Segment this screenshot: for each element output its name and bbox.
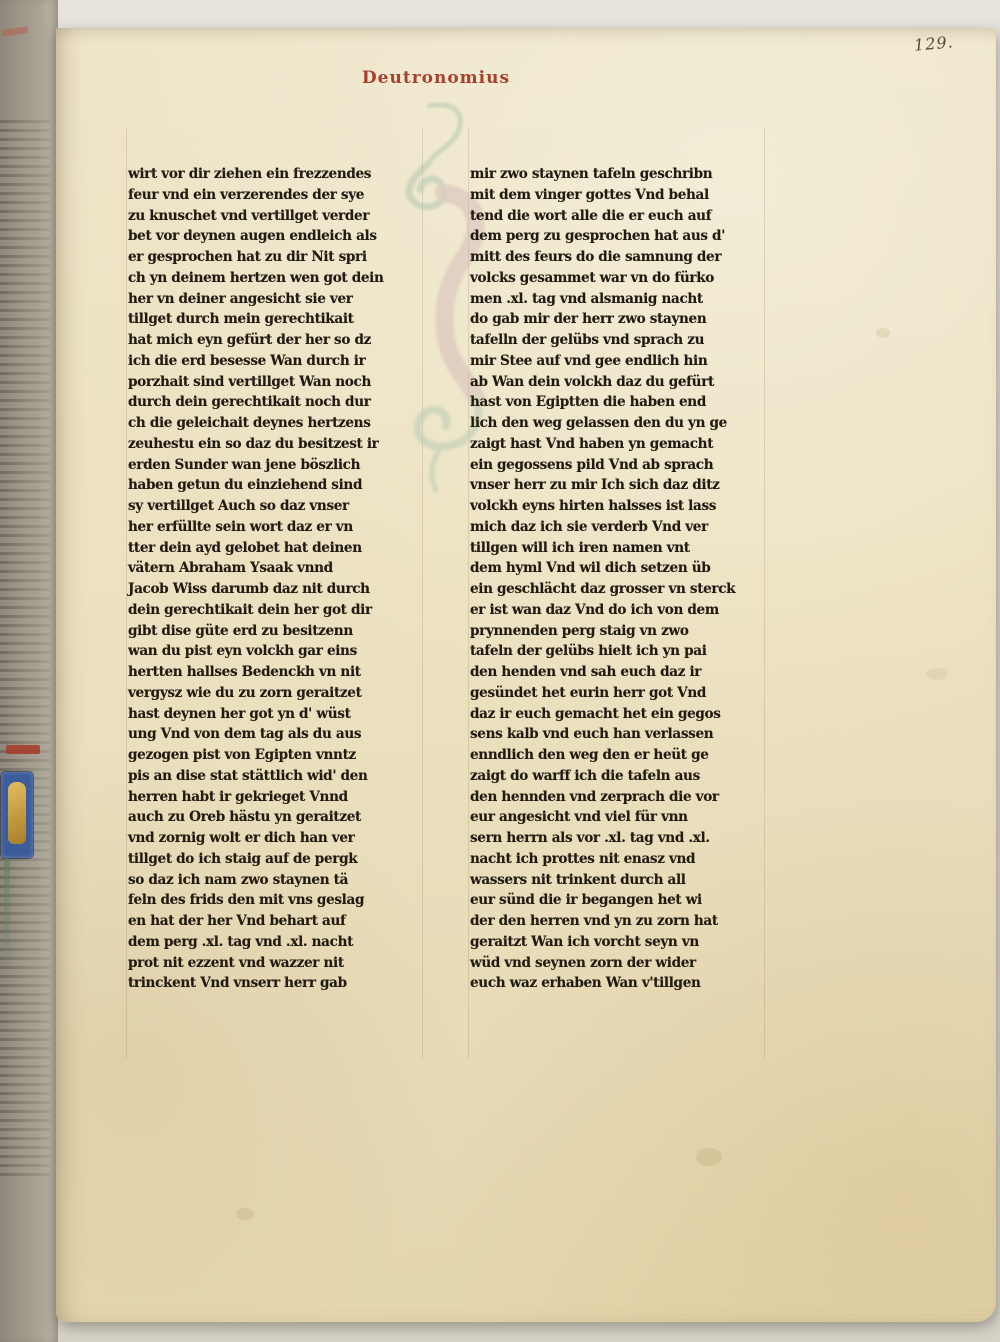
text-line: tter dein ayd gelobet hat deinen <box>128 538 430 559</box>
text-line: der den herren vnd yn zu zorn hat <box>470 911 772 932</box>
text-line: zaigt hast Vnd haben yn gemacht <box>470 434 772 455</box>
text-line: prot nit ezzent vnd wazzer nit <box>128 953 430 974</box>
column-ruling-line <box>126 128 127 1058</box>
text-line: prynnenden perg staig vn zwo <box>470 621 772 642</box>
foxing-spot <box>236 1208 254 1220</box>
running-title: Deutronomius <box>56 68 816 88</box>
text-line: daz ir euch gemacht het ein gegos <box>470 704 772 725</box>
text-line: zaigt do warff ich die tafeln aus <box>470 766 772 787</box>
facing-page-rubric-mark <box>2 26 29 37</box>
text-line: mir Stee auf vnd gee endlich hin <box>470 351 772 372</box>
facing-page-edge <box>0 0 58 1342</box>
text-line: feln des frids den mit vns geslag <box>128 890 430 911</box>
text-line: tillget durch mein gerechtikait <box>128 309 430 330</box>
text-line: ein geschlächt daz grosser vn sterck <box>470 579 772 600</box>
text-line: tillget do ich staig auf de pergk <box>128 849 430 870</box>
text-column-right: mir zwo staynen tafeln geschribnmit dem … <box>470 164 772 994</box>
text-line: wassers nit trinkent durch all <box>470 870 772 891</box>
text-line: zu knuschet vnd vertillget verder <box>128 206 430 227</box>
parchment-page: Deutronomius 129. wirt vor dir ziehen ei… <box>56 28 996 1322</box>
text-line: hat mich eyn gefürt der her so dz <box>128 330 430 351</box>
text-line: zeuhestu ein so daz du besitzest ir <box>128 434 430 455</box>
text-line: pis an dise stat stättlich wid' den <box>128 766 430 787</box>
text-line: geraitzt Wan ich vorcht seyn vn <box>470 932 772 953</box>
text-line: hast deynen her got yn d' wüst <box>128 704 430 725</box>
text-line: dem perg zu gesprochen hat aus d' <box>470 226 772 247</box>
text-line: porzhait sind vertillget Wan noch <box>128 372 430 393</box>
text-line: ung Vnd von dem tag als du aus <box>128 724 430 745</box>
foxing-spot <box>696 1148 722 1166</box>
text-line: bet vor deynen augen endleich als <box>128 226 430 247</box>
folio-number: 129. <box>914 32 955 54</box>
foxing-spot <box>876 328 890 338</box>
text-line: hast von Egiptten die haben end <box>470 392 772 413</box>
text-line: vergysz wie du zu zorn geraitzet <box>128 683 430 704</box>
text-line: ch die geleichait deynes hertzens <box>128 413 430 434</box>
text-line: wirt vor dir ziehen ein frezzendes <box>128 164 430 185</box>
facing-page-pen-flourish <box>4 858 10 978</box>
text-line: lich den weg gelassen den du yn ge <box>470 413 772 434</box>
text-line: volcks gesammet war vn do fürko <box>470 268 772 289</box>
text-line: eur sünd die ir begangen het wi <box>470 890 772 911</box>
text-line: sy vertillget Auch so daz vnser <box>128 496 430 517</box>
text-line: Jacob Wiss darumb daz nit durch <box>128 579 430 600</box>
text-line: her vn deiner angesicht sie ver <box>128 289 430 310</box>
text-line: en hat der her Vnd behart auf <box>128 911 430 932</box>
text-line: mitt des feurs do die samnung der <box>470 247 772 268</box>
text-line: mir zwo staynen tafeln geschribn <box>470 164 772 185</box>
text-line: dem hyml Vnd wil dich setzen üb <box>470 558 772 579</box>
facing-page-rubric-mark <box>6 745 40 754</box>
text-line: haben getun du einziehend sind <box>128 475 430 496</box>
text-line: auch zu Oreb hästu yn geraitzet <box>128 807 430 828</box>
text-line: her erfüllte sein wort daz er vn <box>128 517 430 538</box>
facing-page-illuminated-initial <box>1 772 33 858</box>
text-line: ch yn deinem hertzen wen got dein <box>128 268 430 289</box>
facing-page-showthrough-text <box>0 120 50 1180</box>
text-line: feur vnd ein verzerendes der sye <box>128 185 430 206</box>
text-line: er ist wan daz Vnd do ich von dem <box>470 600 772 621</box>
text-line: erden Sunder wan jene böszlich <box>128 455 430 476</box>
manuscript-photo: { "page": { "running_title": "Deutronomi… <box>0 0 1000 1342</box>
text-line: vnser herr zu mir Ich sich daz ditz <box>470 475 772 496</box>
text-line: men .xl. tag vnd alsmanig nacht <box>470 289 772 310</box>
text-line: tafelln der gelübs vnd sprach zu <box>470 330 772 351</box>
text-column-left: wirt vor dir ziehen ein frezzendesfeur v… <box>128 164 430 994</box>
text-line: do gab mir der herr zwo staynen <box>470 309 772 330</box>
foxing-spot <box>926 668 948 680</box>
text-line: euch waz erhaben Wan v'tillgen <box>470 973 772 994</box>
text-line: durch dein gerechtikait noch dur <box>128 392 430 413</box>
text-line: mit dem vinger gottes Vnd behal <box>470 185 772 206</box>
text-line: gezogen pist von Egipten vnntz <box>128 745 430 766</box>
text-line: volckh eyns hirten halsses ist lass <box>470 496 772 517</box>
text-line: er gesprochen hat zu dir Nit spri <box>128 247 430 268</box>
text-line: gibt dise güte erd zu besitzenn <box>128 621 430 642</box>
text-line: wan du pist eyn volckh gar eins <box>128 641 430 662</box>
text-line: den hennden vnd zerprach die vor <box>470 787 772 808</box>
text-line: gesündet het eurin herr got Vnd <box>470 683 772 704</box>
text-line: vnd zornig wolt er dich han ver <box>128 828 430 849</box>
text-line: hertten hallses Bedenckh vn nit <box>128 662 430 683</box>
text-line: vätern Abraham Ysaak vnnd <box>128 558 430 579</box>
text-line: dein gerechtikait dein her got dir <box>128 600 430 621</box>
text-line: ab Wan dein volckh daz du gefürt <box>470 372 772 393</box>
text-line: sern herrn als vor .xl. tag vnd .xl. <box>470 828 772 849</box>
text-line: ich die erd besesse Wan durch ir <box>128 351 430 372</box>
gold-leaf-infill <box>8 782 26 844</box>
text-line: trinckent Vnd vnserr herr gab <box>128 973 430 994</box>
text-line: den henden vnd sah euch daz ir <box>470 662 772 683</box>
text-line: so daz ich nam zwo staynen tä <box>128 870 430 891</box>
text-line: nacht ich prottes nit enasz vnd <box>470 849 772 870</box>
text-line: mich daz ich sie verderb Vnd ver <box>470 517 772 538</box>
text-line: eur angesicht vnd viel für vnn <box>470 807 772 828</box>
text-line: tend die wort alle die er euch auf <box>470 206 772 227</box>
text-line: wüd vnd seynen zorn der wider <box>470 953 772 974</box>
text-line: tillgen will ich iren namen vnt <box>470 538 772 559</box>
text-line: herren habt ir gekrieget Vnnd <box>128 787 430 808</box>
text-line: tafeln der gelübs hielt ich yn pai <box>470 641 772 662</box>
text-line: sens kalb vnd euch han verlassen <box>470 724 772 745</box>
text-line: enndlich den weg den er heüt ge <box>470 745 772 766</box>
text-line: ein gegossens pild Vnd ab sprach <box>470 455 772 476</box>
text-line: dem perg .xl. tag vnd .xl. nacht <box>128 932 430 953</box>
